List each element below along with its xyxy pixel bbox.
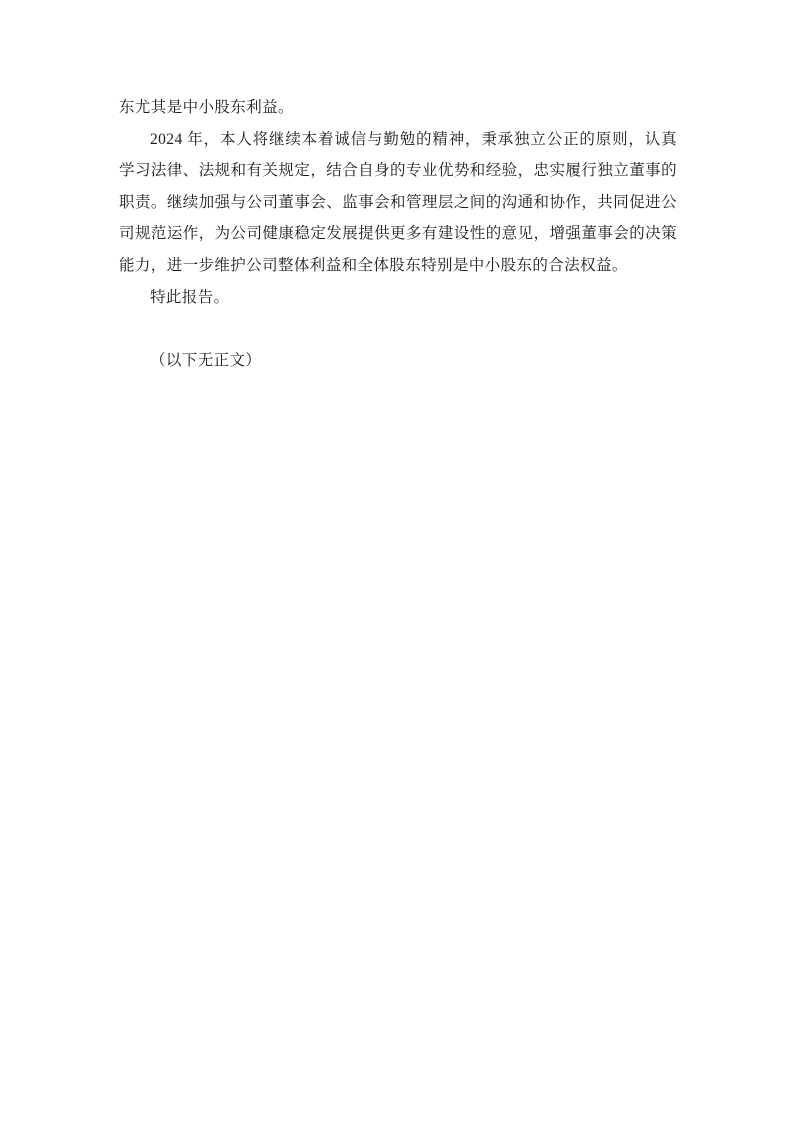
- paragraph-closing: 特此报告。: [119, 282, 677, 314]
- paragraph-body: 2024 年，本人将继续本着诚信与勤勉的精神，秉承独立公正的原则，认真学习法律、…: [119, 124, 677, 282]
- no-body-note: （以下无正文）: [119, 345, 677, 377]
- paragraph-continuation: 东尤其是中小股东利益。: [119, 92, 677, 124]
- document-content: 东尤其是中小股东利益。 2024 年，本人将继续本着诚信与勤勉的精神，秉承独立公…: [119, 92, 677, 376]
- document-page: 东尤其是中小股东利益。 2024 年，本人将继续本着诚信与勤勉的精神，秉承独立公…: [0, 0, 794, 1122]
